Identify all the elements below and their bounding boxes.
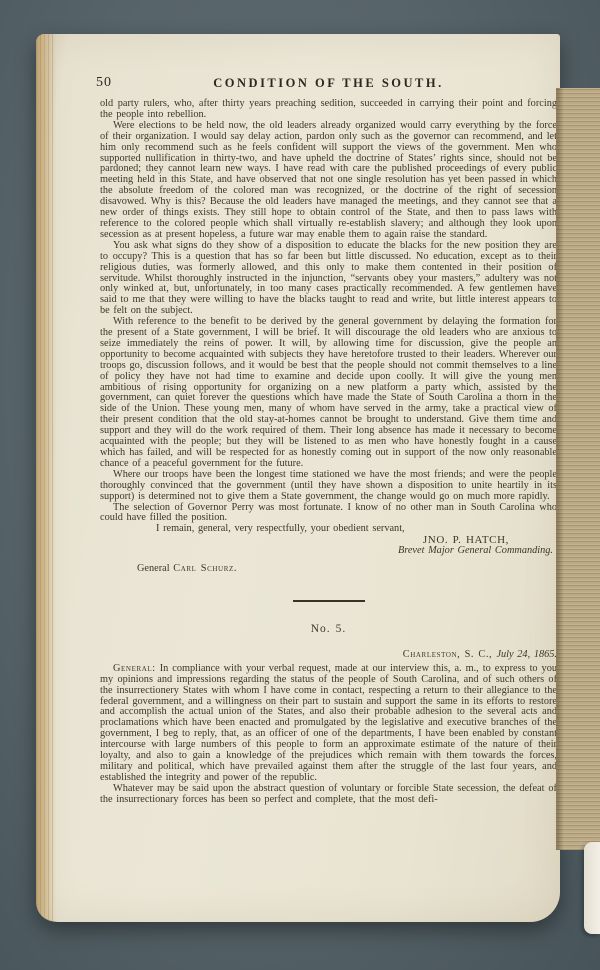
dateline-place: Charleston, S. C., [403, 649, 497, 660]
dateline: Charleston, S. C., July 24, 1865. [100, 650, 557, 661]
addressee-prefix: General [137, 563, 173, 574]
page-text-block: old party rulers, who, after thirty year… [100, 99, 557, 806]
paragraph-text: In compliance with your verbal request, … [100, 663, 557, 783]
signature-title: Brevet Major General Commanding. [100, 546, 557, 557]
page-header: 50 CONDITION OF THE SOUTH. [100, 74, 557, 94]
letter-paragraph: General: In compliance with your verbal … [100, 664, 557, 784]
addressee-line: General Carl Schurz. [100, 564, 557, 575]
book-page: 50 CONDITION OF THE SOUTH. old party rul… [36, 34, 560, 922]
letter-heading: No. 5. [100, 624, 557, 635]
letter-paragraph: With reference to the benefit to be deri… [100, 317, 557, 470]
letter-paragraph: Whatever may be said upon the abstract q… [100, 784, 557, 806]
book-fore-edge-pages [556, 88, 600, 850]
running-title: CONDITION OF THE SOUTH. [100, 76, 557, 91]
scan-background: 50 CONDITION OF THE SOUTH. old party rul… [0, 0, 600, 970]
letter-paragraph: Were elections to be held now, the old l… [100, 121, 557, 241]
letter-paragraph: old party rulers, who, after thirty year… [100, 99, 557, 121]
salutation: General: [113, 663, 156, 674]
letter-paragraph: You ask what signs do they show of a dis… [100, 241, 557, 317]
letter-paragraph: Where our troops have been the longest t… [100, 470, 557, 503]
letter-paragraph: The selection of Governor Perry was most… [100, 503, 557, 525]
addressee-name: Carl Schurz. [173, 563, 237, 574]
dateline-date: July 24, 1865. [496, 649, 557, 660]
section-divider-rule [293, 600, 365, 602]
page-curl-edge [584, 842, 600, 934]
